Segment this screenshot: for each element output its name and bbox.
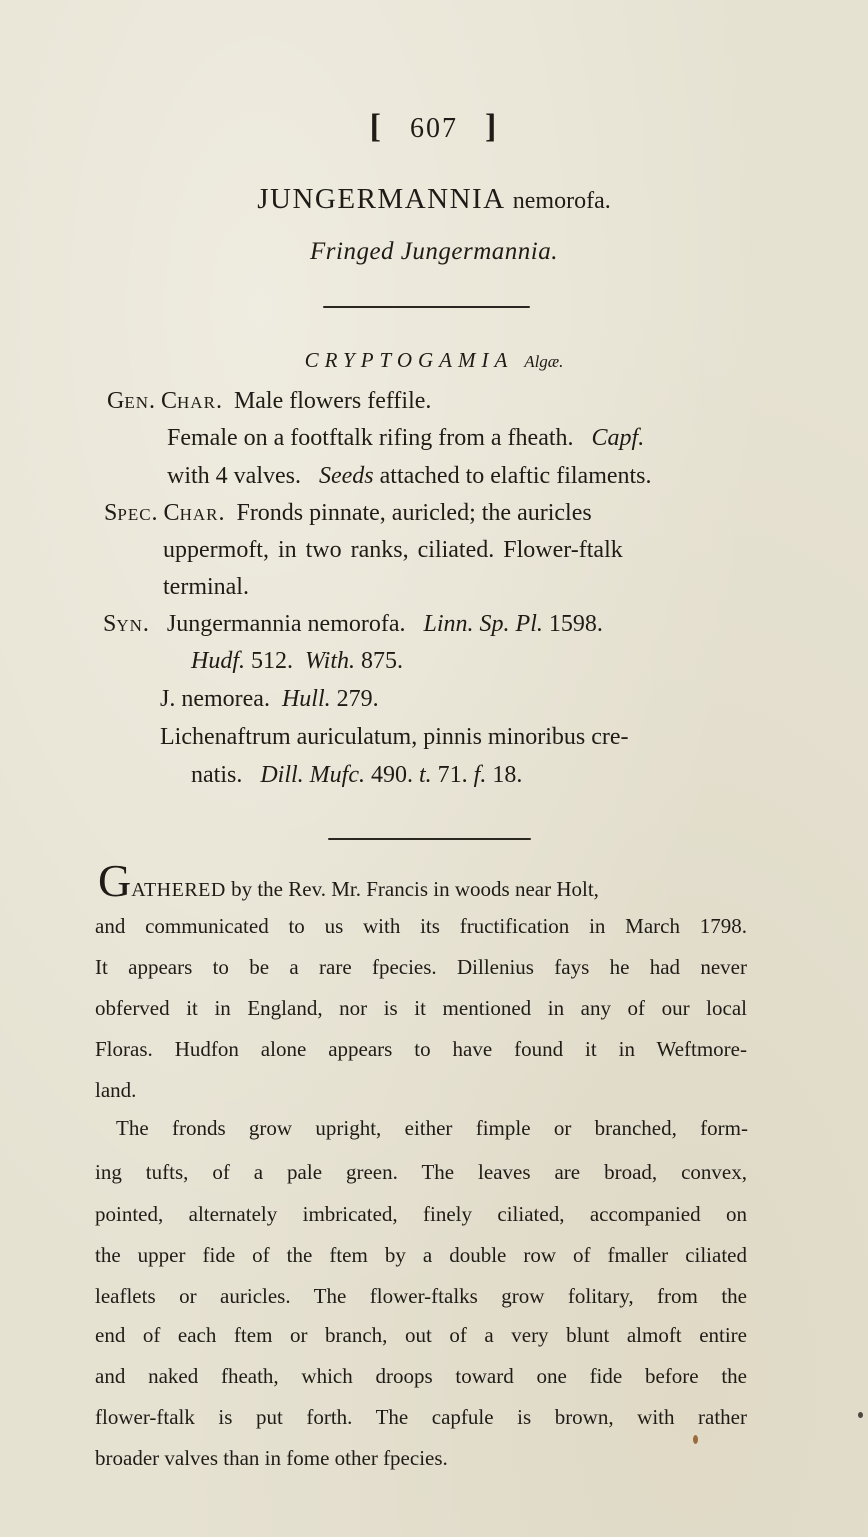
divider-rule <box>323 306 530 308</box>
gen-char-line-2: Female on a footftalk rifing from a fhea… <box>167 425 644 452</box>
paragraph-2-line-1: The fronds grow upright, either fimple o… <box>116 1116 748 1141</box>
gen-char-label: GEN. CHAR. <box>107 388 222 414</box>
paper-speck <box>858 1412 863 1418</box>
page-number-value: 607 <box>410 113 458 144</box>
synonym-line-2: Hudf. 512. With. 875. <box>191 648 403 675</box>
paragraph-1-line-4: obferved it in England, nor is it mentio… <box>95 996 747 1021</box>
paragraph-1-line-2: and communicated to us with its fructifi… <box>95 914 747 939</box>
paragraph-1-line-5: Floras. Hudfon alone appears to have fou… <box>95 1037 747 1062</box>
bracket-left: [ <box>370 108 383 145</box>
paragraph-2-line-4: the upper fide of the ftem by a double r… <box>95 1243 747 1268</box>
syn-label: SYN. <box>103 611 149 637</box>
synonym-line-5: natis. Dill. Mufc. 490. t. 71. f. 18. <box>191 762 522 789</box>
genus-name: JUNGERMANNIA <box>257 183 504 215</box>
paragraph-1-line-6: land. <box>95 1078 747 1103</box>
paragraph-1-line-3: It appears to be a rare fpecies. Dilleni… <box>95 955 747 980</box>
paragraph-2-line-8: flower-ftalk is put forth. The capfule i… <box>95 1405 747 1430</box>
spec-char-line-2: uppermoft, in two ranks, ciliated. Flowe… <box>163 537 623 564</box>
classification: CRYPTOGAMIA Algæ. <box>0 348 868 373</box>
spec-char-line-3: terminal. <box>163 574 249 601</box>
synonym-line-1: SYN. Jungermannia nemorofa. Linn. Sp. Pl… <box>103 611 603 638</box>
paragraph-2-line-5: leaflets or auricles. The flower-ftalks … <box>95 1284 747 1309</box>
paragraph-2-line-9: broader valves than in fome other fpecie… <box>95 1446 747 1471</box>
spec-char-label: SPEC. CHAR. <box>104 500 224 526</box>
spec-char-line-1: SPEC. CHAR. Fronds pinnate, auricled; th… <box>104 500 592 527</box>
species-epithet: nemorofa. <box>513 188 611 214</box>
paragraph-2-line-6: end of each ftem or branch, out of a ver… <box>95 1323 747 1348</box>
synonym-line-3: J. nemorea. Hull. 279. <box>160 686 379 713</box>
drop-cap: G <box>98 855 131 906</box>
divider-rule <box>328 838 531 840</box>
species-title: JUNGERMANNIA nemorofa. <box>0 183 868 216</box>
book-page: [ 607 ] JUNGERMANNIA nemorofa. Fringed J… <box>0 0 868 1537</box>
common-name: Fringed Jungermannia. <box>0 238 868 266</box>
order-name: Algæ. <box>524 352 563 371</box>
gen-char-line-1: GEN. CHAR. Male flowers feffile. <box>107 388 431 415</box>
paragraph-2-line-2: ing tufts, of a pale green. The leaves a… <box>95 1160 747 1185</box>
paper-stain <box>693 1435 698 1444</box>
bracket-right: ] <box>485 108 498 145</box>
paragraph-2-line-7: and naked fheath, which droops toward on… <box>95 1364 747 1389</box>
paragraph-2-line-3: pointed, alternately imbricated, finely … <box>95 1202 747 1227</box>
paragraph-1-line-1: GATHERED by the Rev. Mr. Francis in wood… <box>98 858 599 904</box>
synonym-line-4: Lichenaftrum auriculatum, pinnis minorib… <box>160 724 629 751</box>
class-name: CRYPTOGAMIA <box>305 348 513 372</box>
gen-char-line-3: with 4 valves. Seeds attached to elaftic… <box>167 463 652 490</box>
page-number: [ 607 ] <box>0 108 868 146</box>
